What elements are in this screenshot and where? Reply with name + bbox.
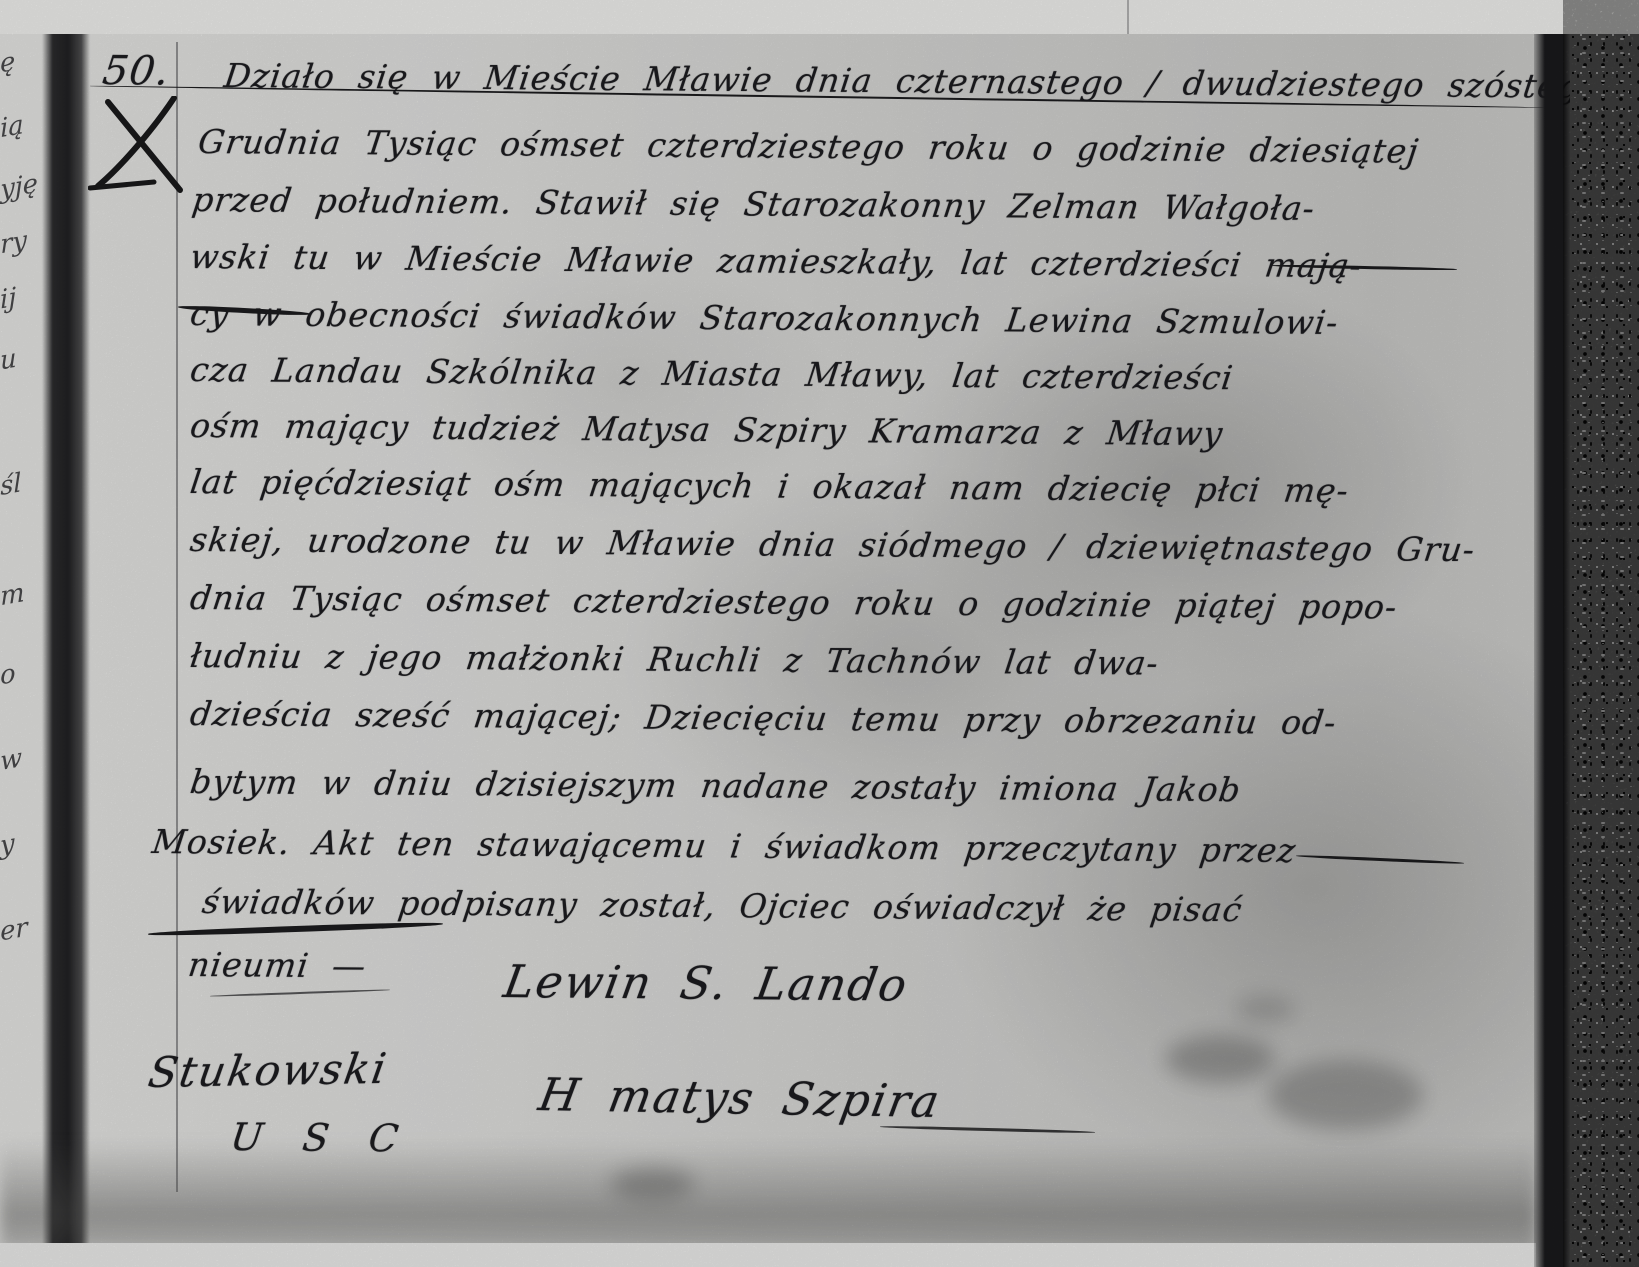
record-line: ośm mający tudzież Matysa Szpiry Kramarz… [188,406,1226,453]
record-line: skiej, urodzone tu w Mławie dnia siódmeg… [188,520,1478,569]
record-line: wski tu w Mieście Mławie zamieszkały, la… [188,237,1365,285]
margin-fragment: y [0,829,15,862]
margin-fragment: w [0,743,23,777]
margin-fragment: ry [0,226,27,261]
signature-registrar: Stukowski [145,1044,391,1097]
record-line: łudniu z jego małżonki Ruchli z Tachnów … [188,636,1161,683]
record-line: świadków podpisany został, Ojciec oświad… [200,882,1245,929]
record-line: cy w obecności świadków Starozakonnych L… [188,294,1341,342]
margin-fragment: ij [0,282,17,315]
smudge [1268,1060,1423,1130]
margin-fragment: m [0,578,25,613]
margin-fragment: ią [0,110,24,144]
top-page-edge [0,0,1639,34]
bottom-page-edge [0,1243,1536,1267]
record-line: dnia Tysiąc ośmset czterdziestego roku o… [188,578,1400,626]
record-line: nieumi — [186,945,369,985]
record-line: Działo się w Mieście Mławie dnia czterna… [222,56,1604,106]
left-binding-band [42,30,90,1267]
underline-child-name [1296,854,1464,864]
underline-child-name-2 [148,921,443,937]
margin-fragment: u [0,343,17,376]
record-line: przed południem. Stawił się Starozakonny… [190,180,1318,228]
record-line: lat pięćdziesiąt ośm mających i okazał n… [188,462,1351,510]
top-seam-line [1127,0,1129,34]
right-binding-strip [1534,33,1570,1267]
margin-rule-vertical [176,42,178,1192]
smudge [1165,1035,1275,1083]
flourish-stroke [210,989,390,997]
margin-fragment: o [0,659,16,692]
margin-fragment: ę [0,47,16,80]
margin-fragment: śl [0,468,22,502]
record-line: cza Landau Szkólnika z Miasta Mławy, lat… [188,350,1236,397]
signature-flourish [880,1125,1095,1134]
margin-fragment: yję [0,169,38,206]
record-line: dzieścia sześć mającej; Dziecięciu temu … [188,694,1339,742]
record-line: bytym w dniu dzisiejszym nadane zostały … [188,762,1244,809]
right-page-edge-texture [1570,33,1639,1267]
smudge [1235,995,1295,1023]
scanned-document-page: ę ią yję ry ij u śl m o w y er 50. Dział… [0,0,1639,1267]
record-line: Grudnia Tysiąc ośmset czterdziestego rok… [196,122,1421,171]
record-line: Mosiek. Akt ten stawającemu i świadkom p… [150,822,1299,870]
margin-fragment: er [0,912,28,947]
bottom-scan-shadow [0,1140,1536,1250]
signature-witness-szpira: H matys Szpira [535,1068,945,1128]
signature-witness-landau: Lewin S. Lando [500,955,912,1012]
